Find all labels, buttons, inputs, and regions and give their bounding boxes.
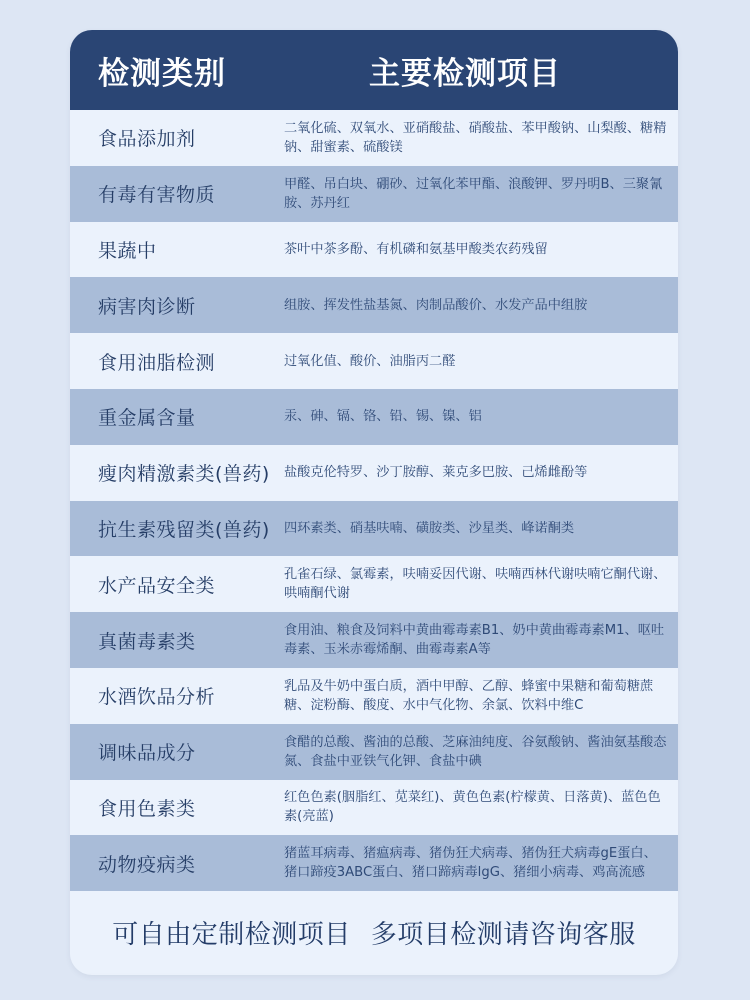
table-row: 食用色素类 红色色素(胭脂红、苋菜红)、黄色色素(柠檬黄、日落黄)、蓝色色素(亮… [70, 780, 678, 836]
table-row: 真菌毒素类 食用油、粮食及饲料中黄曲霉毒素B1、奶中黄曲霉毒素M1、呕吐毒素、玉… [70, 612, 678, 668]
row-category: 动物疫病类 [70, 850, 284, 877]
row-category: 抗生素残留类(兽药) [70, 515, 284, 542]
row-items: 食用油、粮食及饲料中黄曲霉毒素B1、奶中黄曲霉毒素M1、呕吐毒素、玉米赤霉烯酮、… [284, 621, 678, 659]
row-category: 瘦肉精激素类(兽药) [70, 459, 284, 486]
row-category: 水酒饮品分析 [70, 682, 284, 709]
row-category: 真菌毒素类 [70, 627, 284, 654]
row-category: 水产品安全类 [70, 571, 284, 598]
row-items: 二氧化硫、双氧水、亚硝酸盐、硝酸盐、苯甲酸钠、山梨酸、糖精钠、甜蜜素、硫酸镁 [284, 119, 678, 157]
row-category: 果蔬中 [70, 236, 284, 263]
row-items: 食醋的总酸、酱油的总酸、芝麻油纯度、谷氨酸钠、酱油氨基酸态氮、食盐中亚铁气化钾、… [284, 733, 678, 771]
table-row: 食品添加剂 二氧化硫、双氧水、亚硝酸盐、硝酸盐、苯甲酸钠、山梨酸、糖精钠、甜蜜素… [70, 110, 678, 166]
table-body: 食品添加剂 二氧化硫、双氧水、亚硝酸盐、硝酸盐、苯甲酸钠、山梨酸、糖精钠、甜蜜素… [70, 110, 678, 891]
row-category: 病害肉诊断 [70, 292, 284, 319]
row-items: 乳品及牛奶中蛋白质，酒中甲醇、乙醇、蜂蜜中果糖和葡萄糖蔗糖、淀粉酶、酸度、水中气… [284, 677, 678, 715]
row-category: 食用油脂检测 [70, 348, 284, 375]
footer-contact-text: 多项目检测请咨询客服 [371, 914, 636, 951]
row-category: 重金属含量 [70, 403, 284, 430]
table-row: 果蔬中 茶叶中茶多酚、有机磷和氨基甲酸类农药残留 [70, 222, 678, 278]
row-items: 组胺、挥发性盐基氮、肉制品酸价、水发产品中组胺 [284, 296, 678, 315]
table-row: 有毒有害物质 甲醛、吊白块、硼砂、过氧化苯甲酯、浪酸钾、罗丹明B、三聚氰胺、苏丹… [70, 166, 678, 222]
table-row: 水酒饮品分析 乳品及牛奶中蛋白质，酒中甲醇、乙醇、蜂蜜中果糖和葡萄糖蔗糖、淀粉酶… [70, 668, 678, 724]
header-items: 主要检测项目 [284, 48, 678, 93]
table-row: 食用油脂检测 过氧化值、酸价、油脂丙二醛 [70, 333, 678, 389]
table-row: 重金属含量 汞、砷、镉、铬、铅、锡、镍、铝 [70, 389, 678, 445]
footer-custom-text: 可自由定制检测项目 [112, 914, 351, 951]
row-items: 过氧化值、酸价、油脂丙二醛 [284, 352, 678, 371]
row-items: 孔雀石绿、氯霉素，呋喃妥因代谢、呋喃西林代谢呋喃它酮代谢、哄喃酮代谢 [284, 565, 678, 603]
detection-table-card: 检测类别 主要检测项目 食品添加剂 二氧化硫、双氧水、亚硝酸盐、硝酸盐、苯甲酸钠… [70, 30, 678, 975]
row-category: 有毒有害物质 [70, 180, 284, 207]
row-items: 盐酸克伦特罗、沙丁胺醇、莱克多巴胺、己烯雌酚等 [284, 463, 678, 482]
row-items: 茶叶中茶多酚、有机磷和氨基甲酸类农药残留 [284, 240, 678, 259]
row-category: 食品添加剂 [70, 124, 284, 151]
table-row: 病害肉诊断 组胺、挥发性盐基氮、肉制品酸价、水发产品中组胺 [70, 277, 678, 333]
row-items: 红色色素(胭脂红、苋菜红)、黄色色素(柠檬黄、日落黄)、蓝色色素(亮蓝) [284, 788, 678, 826]
table-row: 动物疫病类 猪蓝耳病毒、猪瘟病毒、猪伪狂犬病毒、猪伪狂犬病毒gE蛋白、猪口蹄疫3… [70, 835, 678, 891]
row-items: 汞、砷、镉、铬、铅、锡、镍、铝 [284, 407, 678, 426]
row-category: 食用色素类 [70, 794, 284, 821]
table-row: 水产品安全类 孔雀石绿、氯霉素，呋喃妥因代谢、呋喃西林代谢呋喃它酮代谢、哄喃酮代… [70, 556, 678, 612]
row-items: 四环素类、硝基呋喃、磺胺类、沙星类、峰诺酮类 [284, 519, 678, 538]
table-row: 调味品成分 食醋的总酸、酱油的总酸、芝麻油纯度、谷氨酸钠、酱油氨基酸态氮、食盐中… [70, 724, 678, 780]
row-items: 甲醛、吊白块、硼砂、过氧化苯甲酯、浪酸钾、罗丹明B、三聚氰胺、苏丹红 [284, 175, 678, 213]
footer-note: 可自由定制检测项目 多项目检测请咨询客服 [70, 891, 678, 973]
row-items: 猪蓝耳病毒、猪瘟病毒、猪伪狂犬病毒、猪伪狂犬病毒gE蛋白、猪口蹄疫3ABC蛋白、… [284, 844, 678, 882]
row-category: 调味品成分 [70, 738, 284, 765]
table-row: 瘦肉精激素类(兽药) 盐酸克伦特罗、沙丁胺醇、莱克多巴胺、己烯雌酚等 [70, 445, 678, 501]
table-row: 抗生素残留类(兽药) 四环素类、硝基呋喃、磺胺类、沙星类、峰诺酮类 [70, 501, 678, 557]
table-header: 检测类别 主要检测项目 [70, 30, 678, 110]
header-category: 检测类别 [70, 48, 284, 93]
